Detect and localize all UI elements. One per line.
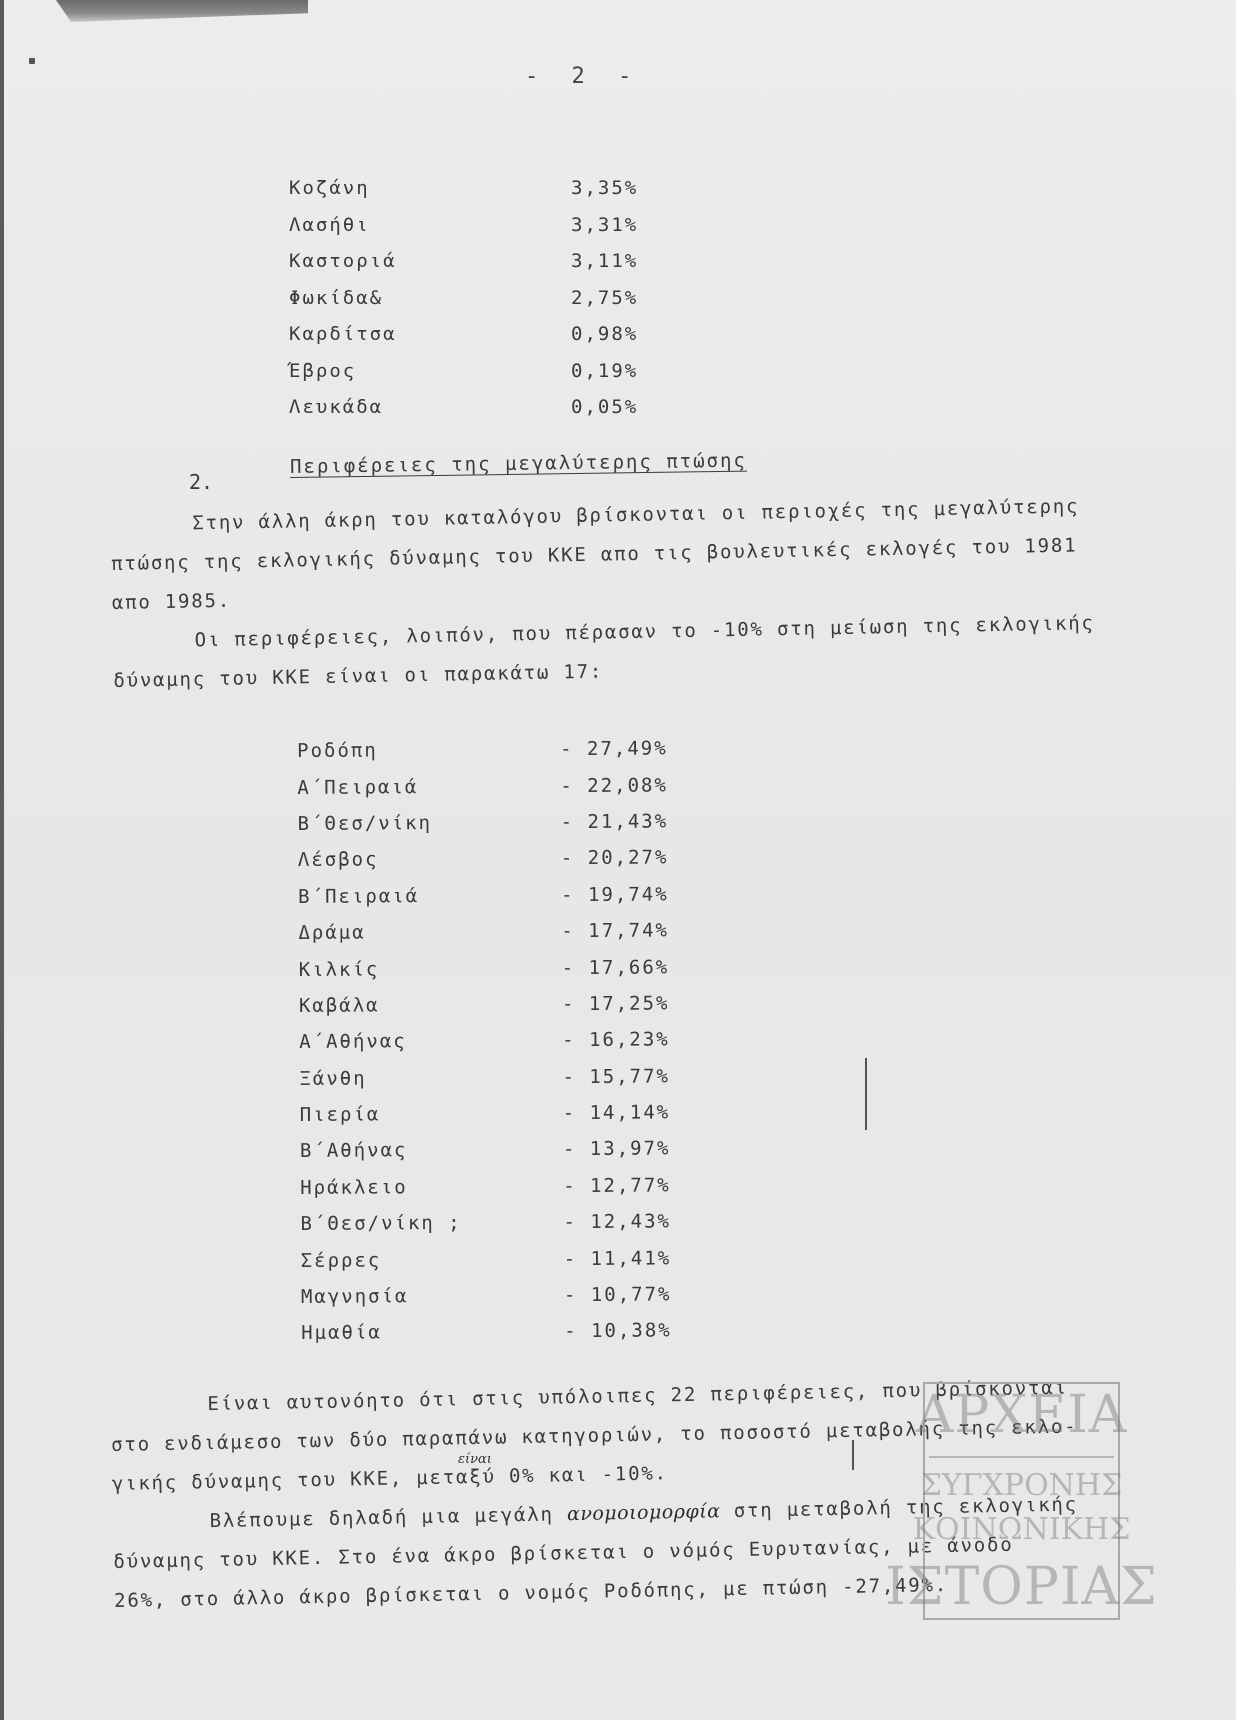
list-item: Β΄Θεσ/νίκη ;- 12,43% bbox=[300, 1203, 723, 1242]
list-item: Β΄Πειραιά- 19,74% bbox=[298, 876, 721, 915]
list-item: Φωκίδα&2,75% bbox=[289, 280, 671, 317]
list-item: Ημαθία- 10,38% bbox=[301, 1312, 724, 1351]
list-item: Β΄Αθήνας- 13,97% bbox=[300, 1130, 723, 1169]
handwritten-insert: είναι bbox=[458, 1452, 492, 1467]
list-item: Ξάνθη- 15,77% bbox=[299, 1058, 722, 1097]
list-item: Σέρρες- 11,41% bbox=[301, 1240, 724, 1279]
section-number: 2. bbox=[189, 470, 213, 494]
list-item: Καστοριά3,11% bbox=[289, 243, 671, 280]
list-item: Β΄Θεσ/νίκη- 21,43% bbox=[298, 803, 721, 842]
list-item: Ροδόπη- 27,49% bbox=[297, 730, 720, 769]
list-item: Έβρος0,19% bbox=[289, 353, 671, 390]
list-item: Λευκάδα0,05% bbox=[289, 389, 671, 426]
list-item: Καρδίτσα0,98% bbox=[289, 316, 671, 353]
list-item: Πιερία- 14,14% bbox=[300, 1094, 723, 1133]
scan-speck bbox=[29, 58, 35, 64]
page-number: - 2 - bbox=[525, 64, 641, 89]
top-regions-list: Κοζάνη3,35% Λασήθι3,31% Καστοριά3,11% Φω… bbox=[289, 170, 671, 426]
pencil-margin-mark bbox=[865, 1058, 867, 1130]
paragraph-conclusion: Είναι αυτονόητο ότι στις υπόλοιπες 22 πε… bbox=[110, 1367, 1174, 1621]
scan-artifact-top bbox=[56, 0, 308, 22]
scanned-page: - 2 - Κοζάνη3,35% Λασήθι3,31% Καστοριά3,… bbox=[0, 0, 1236, 1720]
list-item: Α΄Αθήνας- 16,23% bbox=[299, 1021, 722, 1060]
list-item: Καβάλα- 17,25% bbox=[299, 985, 722, 1024]
list-item: Μαγνησία- 10,77% bbox=[301, 1276, 724, 1315]
list-item: Α΄Πειραιά- 22,08% bbox=[297, 766, 720, 805]
handwritten-correction: ανομοιομορφία bbox=[567, 1500, 721, 1525]
list-item: Ηράκλειο- 12,77% bbox=[300, 1167, 723, 1206]
scan-edge bbox=[0, 0, 4, 1720]
pencil-mark bbox=[852, 1440, 854, 1470]
list-item: Λασήθι3,31% bbox=[289, 207, 671, 244]
list-item: Δράμα- 17,74% bbox=[298, 912, 721, 951]
list-item: Λέσβος- 20,27% bbox=[298, 839, 721, 878]
section-title: Περιφέρειες της μεγαλύτερης πτώσης bbox=[290, 450, 747, 478]
list-item: Κοζάνη3,35% bbox=[289, 170, 671, 207]
decline-regions-list: Ροδόπη- 27,49%Α΄Πειραιά- 22,08%Β΄Θεσ/νίκ… bbox=[297, 730, 724, 1352]
paragraph-intro: Στην άλλη άκρη του καταλόγου βρίσκονται … bbox=[110, 486, 1174, 701]
list-item: Κιλκίς- 17,66% bbox=[299, 948, 722, 987]
